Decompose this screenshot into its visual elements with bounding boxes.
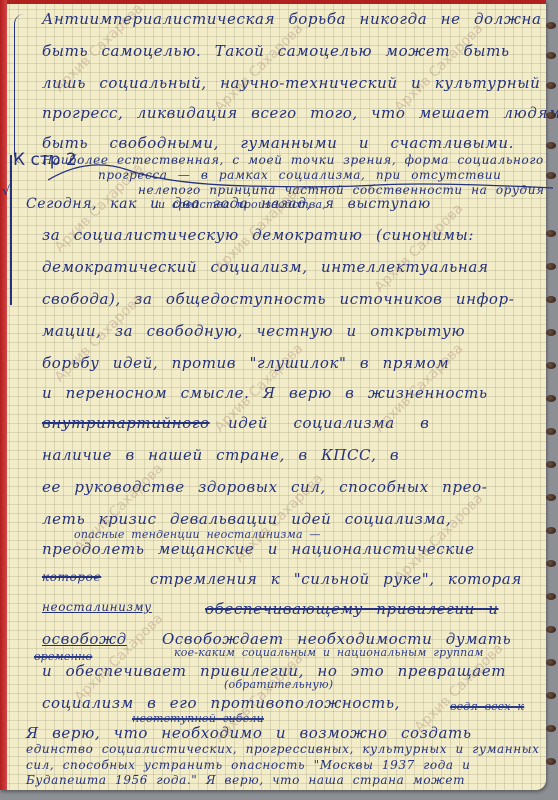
- spiral-ring: [546, 527, 556, 534]
- spiral-ring: [546, 52, 556, 59]
- spiral-ring: [546, 593, 556, 600]
- struck-text: освобожд: [42, 630, 127, 648]
- struck-text: обеспечивающему привилегии и: [205, 600, 499, 618]
- spiral-ring: [546, 82, 556, 89]
- watermark: Архив Сахарова: [372, 201, 467, 296]
- text-line: за социалистическую демократию (синонимы…: [42, 226, 474, 244]
- text-line: преодолеть мещанские и националистически…: [42, 540, 475, 558]
- text-line: борьбу идей, против "глушилок" в прямом: [42, 354, 449, 372]
- text-line: нелепого принципа частной собственности …: [138, 183, 545, 197]
- text-line: Антиимпериалистическая борьба никогда не…: [42, 10, 542, 28]
- spiral-ring: [546, 395, 556, 402]
- struck-text: которое: [42, 570, 101, 584]
- text-line: социализм в его противоположность,: [42, 694, 400, 712]
- text-line: леть кризис девальвации идей социализма,: [42, 510, 451, 528]
- text-line: сил, способных устранить опасность "Моск…: [26, 758, 470, 772]
- text-line: лишь социальный, научно-технический и ку…: [42, 74, 540, 92]
- spiral-ring: [546, 494, 556, 501]
- struck-text: неосталинизму: [42, 600, 152, 614]
- insertion-text: (обратительную): [224, 678, 333, 691]
- page-top-edge: [0, 0, 546, 4]
- left-bracket-mark: [14, 14, 25, 164]
- watermark: Архив Сахарова: [392, 21, 487, 116]
- spiral-ring: [546, 560, 556, 567]
- spiral-ring: [546, 296, 556, 303]
- text-line: Наиболее естественная, с моей точки зрен…: [42, 153, 544, 167]
- spiral-ring: [546, 22, 556, 29]
- spiral-ring: [546, 142, 556, 149]
- margin-arrow-line: [10, 155, 12, 305]
- text-line: прогресс, ликвидация всего того, что меш…: [42, 104, 558, 122]
- text-line: демократический социализм, интеллектуаль…: [42, 258, 488, 276]
- text-line: наличие в нашей стране, в КПСС, в: [42, 446, 399, 464]
- text-line: Будапешта 1956 года." Я верю, что наша с…: [26, 773, 465, 787]
- spiral-ring: [546, 112, 556, 119]
- struck-text: внутрипартийного: [42, 414, 210, 432]
- spiral-ring: [546, 172, 556, 179]
- text-line: ее руководстве здоровых сил, способных п…: [42, 478, 487, 496]
- spiral-ring: [546, 659, 556, 666]
- text-line: быть свободными, гуманными и счастливыми…: [42, 134, 514, 152]
- text-line: мации, за свободную, честную и открытую: [42, 322, 465, 340]
- spiral-ring: [546, 461, 556, 468]
- spiral-ring: [546, 758, 556, 765]
- spiral-ring: [546, 263, 556, 270]
- text-line: идей социализма в: [228, 414, 429, 432]
- spiral-ring: [546, 329, 556, 336]
- text-line: свобода), за общедоступность источников …: [42, 290, 514, 308]
- text-line: прогресса — в рамках социализма, при отс…: [98, 168, 501, 182]
- text-line: стремления к "сильной руке", которая: [150, 570, 522, 588]
- spiral-ring: [546, 725, 556, 732]
- spiral-ring: [546, 692, 556, 699]
- spiral-binding: [544, 10, 558, 790]
- spiral-ring: [546, 428, 556, 435]
- text-line: Сегодня, как и два года назад, я выступа…: [26, 196, 431, 212]
- text-line: и переносном смысле. Я верю в жизненност…: [42, 384, 488, 402]
- insertion-text: кое-каким социальным и национальным груп…: [174, 646, 484, 659]
- struck-text: ведя всех к: [450, 700, 524, 713]
- red-margin-strip: [0, 0, 7, 790]
- text-line: единство социалистических, прогрессивных…: [26, 742, 540, 756]
- watermark: Архив Сахарова: [212, 21, 307, 116]
- check-mark-icon: √: [2, 184, 10, 199]
- notebook-page: К стр 2 √ Антиимпериалистическая борьба …: [0, 0, 546, 790]
- spiral-ring: [546, 626, 556, 633]
- text-line: Я верю, что необходимо и возможно создат…: [26, 724, 472, 742]
- spiral-ring: [546, 230, 556, 237]
- spiral-ring: [546, 362, 556, 369]
- text-line: быть самоцелью. Такой самоцелью может бы…: [42, 42, 510, 60]
